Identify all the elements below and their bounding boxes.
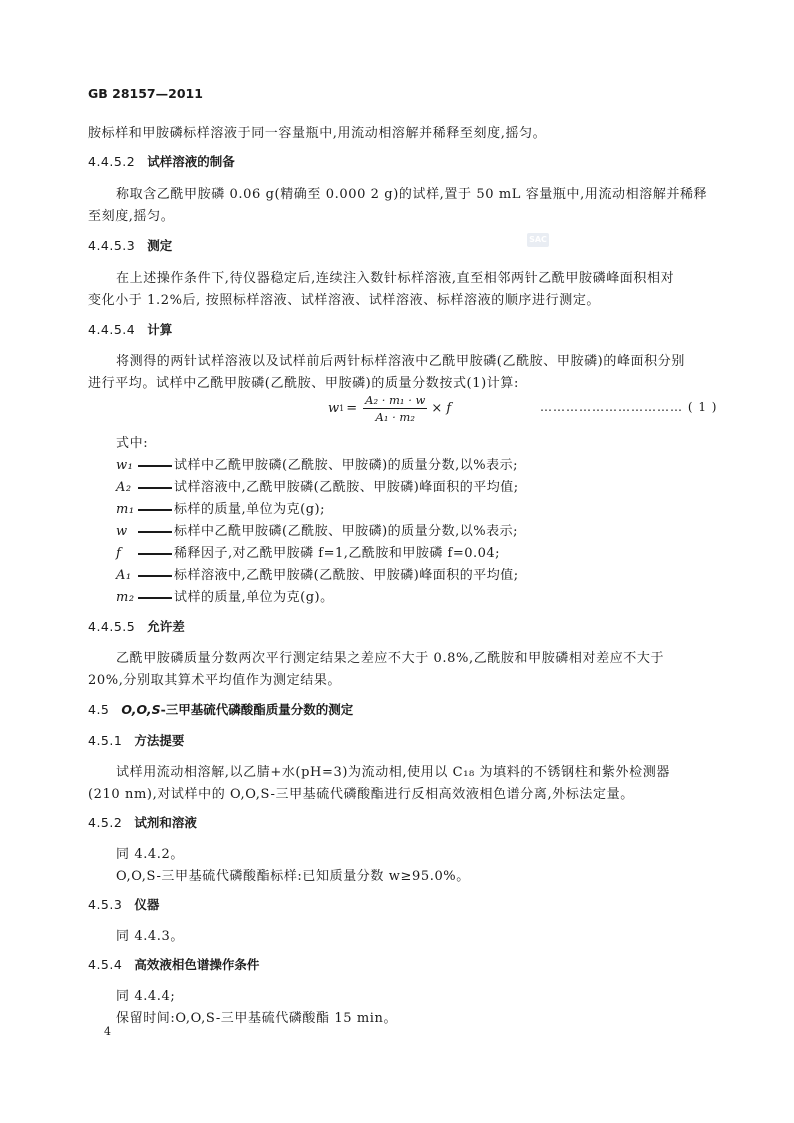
- paragraph-line: 在上述操作条件下,待仪器稳定后,连续注入数针标样溶液,直至相邻两针乙酰甲胺磷峰面…: [116, 267, 674, 286]
- section-4-4-5-3-heading: 4.4.5.3测定: [88, 236, 172, 254]
- legend-item: A₂试样溶液中,乙酰甲胺磷(乙酰胺、甲胺磷)峰面积的平均值;: [116, 476, 519, 495]
- paragraph-line: 进行平均。试样中乙酰甲胺磷(乙酰胺、甲胺磷)的质量分数按式(1)计算:: [88, 372, 519, 391]
- paragraph-line: 乙酰甲胺磷质量分数两次平行测定结果之差应不大于 0.8%,乙酰胺和甲胺磷相对差应…: [116, 647, 664, 666]
- legend-item: m₁标样的质量,单位为克(g);: [116, 498, 325, 517]
- paragraph-line: 将测得的两针试样溶液以及试样前后两针标样溶液中乙酰甲胺磷(乙酰胺、甲胺磷)的峰面…: [116, 350, 685, 369]
- paragraph-line: 同 4.4.4;: [116, 985, 175, 1004]
- paragraph-line: 同 4.4.2。: [116, 843, 184, 862]
- paragraph-line: 变化小于 1.2%后, 按照标样溶液、试样溶液、试样溶液、标样溶液的顺序进行测定…: [88, 289, 600, 308]
- legend-item: A₁标样溶液中,乙酰甲胺磷(乙酰胺、甲胺磷)峰面积的平均值;: [116, 564, 519, 583]
- section-4-5-heading: 4.5O,O,S-三甲基硫代磷酸酯质量分数的测定: [88, 700, 353, 718]
- page-number: 4: [104, 1025, 111, 1038]
- section-4-5-3-heading: 4.5.3仪器: [88, 895, 159, 913]
- paragraph-line: 同 4.4.3。: [116, 925, 184, 944]
- section-4-4-5-5-heading: 4.4.5.5允许差: [88, 617, 185, 635]
- sac-watermark: SAC: [527, 233, 549, 247]
- continuation-text: 胺标样和甲胺磷标样溶液于同一容量瓶中,用流动相溶解并稀释至刻度,摇匀。: [88, 122, 546, 141]
- standard-number: GB 28157—2011: [88, 86, 203, 101]
- legend-item: m₂试样的质量,单位为克(g)。: [116, 586, 334, 605]
- section-4-5-1-heading: 4.5.1方法提要: [88, 731, 184, 749]
- paragraph-line: 称取含乙酰甲胺磷 0.06 g(精确至 0.000 2 g)的试样,置于 50 …: [116, 183, 707, 202]
- section-4-5-4-heading: 4.5.4高效液相色谱操作条件: [88, 955, 259, 973]
- where-label: 式中:: [116, 432, 148, 451]
- paragraph-line: O,O,S-三甲基硫代磷酸酯标样:已知质量分数 w≥95.0%。: [116, 865, 470, 884]
- equation-leader: …………………………… ( 1 ): [540, 400, 717, 414]
- legend-item: w标样中乙酰甲胺磷(乙酰胺、甲胺磷)的质量分数,以%表示;: [116, 520, 518, 539]
- section-4-4-5-2-heading: 4.4.5.2试样溶液的制备: [88, 152, 235, 170]
- paragraph-line: 试样用流动相溶解,以乙腈+水(pH=3)为流动相,使用以 C₁₈ 为填料的不锈钢…: [116, 761, 670, 780]
- section-4-5-2-heading: 4.5.2试剂和溶液: [88, 813, 197, 831]
- section-4-4-5-4-heading: 4.4.5.4计算: [88, 320, 172, 338]
- paragraph-line: 至刻度,摇匀。: [88, 205, 174, 224]
- legend-item: w₁试样中乙酰甲胺磷(乙酰胺、甲胺磷)的质量分数,以%表示;: [116, 454, 518, 473]
- formula-1: w1 = A₂ · m₁ · wA₁ · m₂ × f: [328, 393, 451, 424]
- paragraph-line: 保留时间:O,O,S-三甲基硫代磷酸酯 15 min。: [116, 1007, 397, 1026]
- legend-item: f稀释因子,对乙酰甲胺磷 f=1,乙酰胺和甲胺磷 f=0.04;: [116, 542, 500, 561]
- equation-label: ( 1 ): [688, 400, 718, 414]
- paragraph-line: 20%,分别取其算术平均值作为测定结果。: [88, 669, 341, 688]
- paragraph-line: (210 nm),对试样中的 O,O,S-三甲基硫代磷酸酯进行反相高效液相色谱分…: [88, 783, 634, 802]
